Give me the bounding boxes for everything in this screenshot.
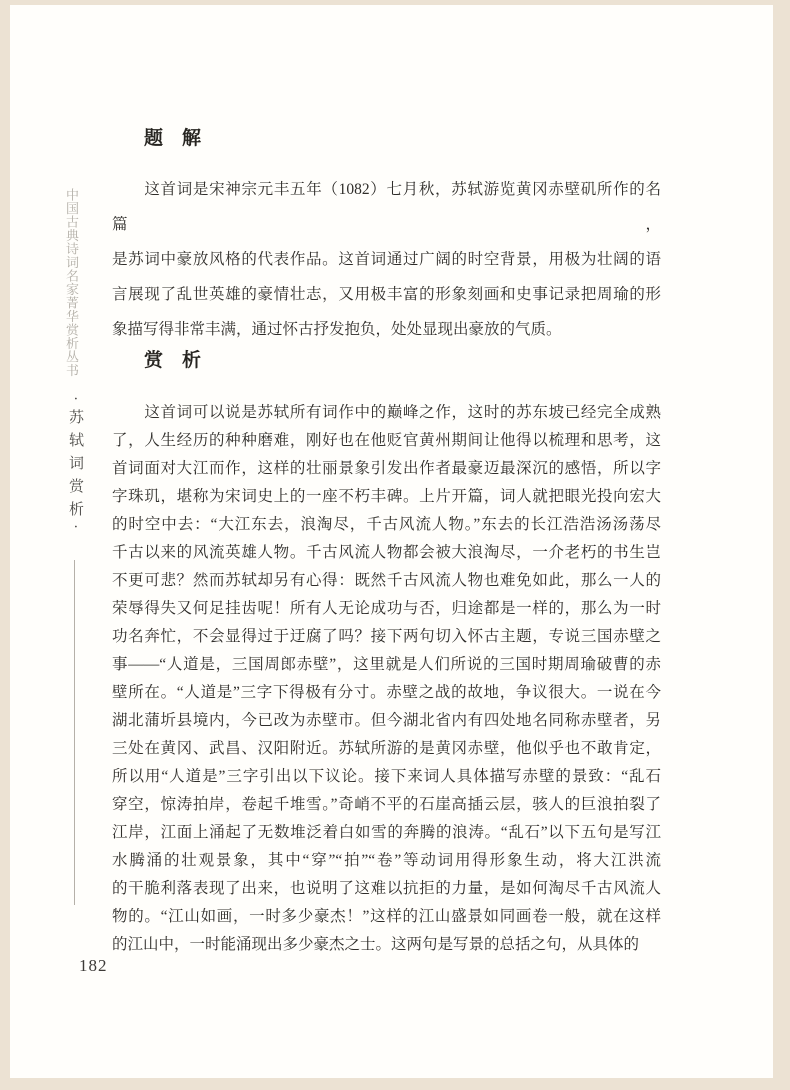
- text-line: 首词面对大江而作，这样的壮丽景象引发出作者最豪迈最深沉的感悟，所以字: [112, 455, 661, 483]
- text-line: 的干脆利落表现了出来，也说明了这难以抗拒的力量，是如何淘尽千古风流人: [112, 875, 661, 903]
- text-line: 的时空中去：“大江东去，浪淘尽，千古风流人物。”东去的长江浩浩汤汤荡尽: [112, 511, 661, 539]
- text-line: 荣辱得失又何足挂齿呢！所有人无论成功与否，归途都是一样的，那么为一时: [112, 595, 661, 623]
- page-surface: 中国古典诗词名家菁华赏析丛书 ·苏轼词赏析· 题 解 这首词是宋神宗元丰五年（1…: [10, 5, 773, 1078]
- series-title-vertical: 中国古典诗词名家菁华赏析丛书: [62, 188, 81, 377]
- text-line: 不更可悲？然而苏轼却另有心得：既然千古风流人物也难免如此，那么一人的: [112, 567, 661, 595]
- book-title-vertical: ·苏轼词赏析·: [65, 396, 86, 537]
- text-line: 水腾涌的壮观景象，其中“穿”“拍”“卷”等动词用得形象生动，将大江洪流: [112, 847, 661, 875]
- separator-dot: ·: [67, 396, 83, 409]
- section-heading-tijie: 题 解: [144, 129, 201, 149]
- text-line: 事——“人道是，三国周郎赤壁”，这里就是人们所说的三国时期周瑜破曹的赤: [112, 651, 661, 679]
- text-line: 穿空，惊涛拍岸，卷起千堆雪。”奇峭不平的石崖高插云层，骇人的巨浪拍裂了: [112, 791, 661, 819]
- text-line: 了，人生经历的种种磨难，刚好也在他贬官黄州期间让他得以梳理和思考，这: [112, 427, 661, 455]
- spine-divider-line: [74, 560, 75, 905]
- separator-dot: ·: [67, 524, 83, 537]
- text-line: 象描写得非常丰满，通过怀古抒发抱负，处处显现出豪放的气质。: [112, 312, 661, 347]
- text-line: 是苏词中豪放风格的代表作品。这首词通过广阔的时空背景，用极为壮阔的语: [112, 242, 661, 277]
- text-line: 所以用“人道是”三字引出以下议论。接下来词人具体描写赤壁的景致：“乱石: [112, 763, 661, 791]
- text-line: 三处在黄冈、武昌、汉阳附近。苏轼所游的是黄冈赤壁，他似乎也不敢肯定，: [112, 735, 661, 763]
- book-title-text: 苏轼词赏析: [67, 409, 83, 524]
- text-line: 壁所在。“人道是”三字下得极有分寸。赤壁之战的故地，争议很大。一说在今: [112, 679, 661, 707]
- page-number: 182: [79, 956, 108, 976]
- text-line: 千古以来的风流英雄人物。千古风流人物都会被大浪淘尽，一介老朽的书生岂: [112, 539, 661, 567]
- text-line: 言展现了乱世英雄的豪情壮志，又用极丰富的形象刻画和史事记录把周瑜的形: [112, 277, 661, 312]
- text-line: 物的。“江山如画，一时多少豪杰！”这样的江山盛景如同画卷一般，就在这样: [112, 903, 661, 931]
- text-line: 江岸，江面上涌起了无数堆泛着白如雪的奔腾的浪涛。“乱石”以下五句是写江: [112, 819, 661, 847]
- text-line: 这首词是宋神宗元丰五年（1082）七月秋，苏轼游览黄冈赤壁矶所作的名篇，: [112, 172, 661, 242]
- text-line: 功名奔忙，不会显得过于迂腐了吗？接下两句切入怀古主题，专说三国赤壁之: [112, 623, 661, 651]
- text-line: 湖北蒲圻县境内，今已改为赤壁市。但今湖北省内有四处地名同称赤壁者，另: [112, 707, 661, 735]
- text-line: 的江山中，一时能涌现出多少豪杰之士。这两句是写景的总括之句，从具体的: [112, 931, 661, 959]
- section-heading-shangxi: 赏 析: [144, 351, 201, 371]
- text-line: 这首词可以说是苏轼所有词作中的巅峰之作，这时的苏东坡已经完全成熟: [112, 399, 661, 427]
- paragraph-shangxi: 这首词可以说是苏轼所有词作中的巅峰之作，这时的苏东坡已经完全成熟 了，人生经历的…: [112, 399, 661, 959]
- scanned-book-page: 中国古典诗词名家菁华赏析丛书 ·苏轼词赏析· 题 解 这首词是宋神宗元丰五年（1…: [0, 0, 790, 1090]
- paragraph-tijie: 这首词是宋神宗元丰五年（1082）七月秋，苏轼游览黄冈赤壁矶所作的名篇， 是苏词…: [112, 172, 661, 347]
- text-line: 字珠玑，堪称为宋词史上的一座不朽丰碑。上片开篇，词人就把眼光投向宏大: [112, 483, 661, 511]
